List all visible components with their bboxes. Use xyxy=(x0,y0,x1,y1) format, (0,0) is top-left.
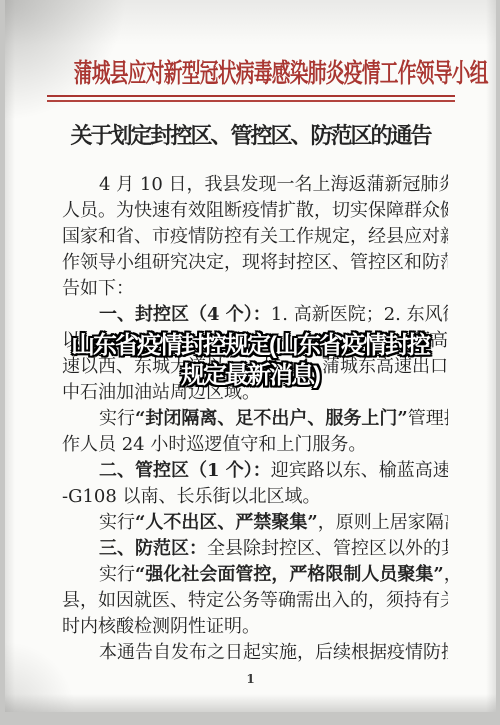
doc-text: 时内核酸检测阴性证明。 xyxy=(62,616,260,637)
doc-text: 实行 xyxy=(99,512,135,533)
doc-line: 作领导小组研究决定，现将封控区、管控区和防范区划定情况通 xyxy=(62,250,448,276)
doc-line: 三、防范区：全县除封控区、管控区以外的其他区域。 xyxy=(62,536,448,562)
screenshot-stage: 蒲城县应对新型冠状病毒感染肺炎疫情工作领导小组 关于划定封控区、管控区、防范区的… xyxy=(0,0,500,725)
doc-line: 二、管控区（1 个）：迎宾路以东、榆蓝高速以西、东风街 xyxy=(62,458,448,484)
doc-line: 县，如因就医、特定公务等确需出入的，须持有关证明和 48 小 xyxy=(62,588,448,614)
doc-line: 作人员 24 小时巡逻值守和上门服务。 xyxy=(62,432,448,458)
doc-text: 告如下： xyxy=(62,278,134,299)
doc-text: 实行 xyxy=(99,564,135,585)
doc-line: 本通告自发布之日起实施，后续根据疫情防控形势变化及时 xyxy=(62,640,448,666)
doc-text: 人员。为快速有效阻断疫情扩散，切实保障群众健康安全，根据 xyxy=(62,200,448,221)
page-number: 1 xyxy=(5,672,496,686)
notice-title: 关于划定封控区、管控区、防范区的通告 xyxy=(5,119,496,150)
doc-line: 时内核酸检测阴性证明。 xyxy=(62,614,448,640)
doc-text: ，非必要不离 xyxy=(444,564,448,585)
doc-text: 1. 高新医院；2. 东风街沿线（迎宾路 xyxy=(271,304,448,325)
doc-text: 迎宾路以东、榆蓝高速以西、东风街 xyxy=(271,460,448,481)
doc-text: -G108 以南、长乐街以北区域。 xyxy=(62,486,321,507)
doc-text: 作人员 24 小时巡逻值守和上门服务。 xyxy=(62,434,366,455)
doc-text: 实行 xyxy=(99,408,135,429)
doc-text: “强化社会面管控，严格限制人员聚集” xyxy=(135,564,444,585)
doc-line: 4 月 10 日，我县发现一名上海返蒲新冠肺炎核酸初筛弱阳性 xyxy=(62,172,448,198)
org-banner-title: 蒲城县应对新型冠状病毒感染肺炎疫情工作领导小组 xyxy=(74,53,428,90)
doc-text: 管理措施。安排工 xyxy=(408,408,448,429)
caption-line-2: 规定最新消息) xyxy=(0,361,500,391)
doc-text: 全县除封控区、管控区以外的其他区域。 xyxy=(207,538,448,559)
doc-line: 实行“强化社会面管控，严格限制人员聚集”，非必要不离 xyxy=(62,562,448,588)
caption-line-1: 山东省疫情封控规定(山东省疫情封控 xyxy=(0,331,500,361)
doc-line: 告如下： xyxy=(62,276,448,302)
doc-text: 作领导小组研究决定，现将封控区、管控区和防范区划定情况通 xyxy=(62,252,448,273)
doc-text: 国家和省、市疫情防控有关工作规定，经县应对新冠肺炎疫情工 xyxy=(62,226,448,247)
document-body: 4 月 10 日，我县发现一名上海返蒲新冠肺炎核酸初筛弱阳性人员。为快速有效阻断… xyxy=(62,172,448,666)
doc-text: “人不出区、严禁聚集” xyxy=(135,512,318,533)
doc-line: 国家和省、市疫情防控有关工作规定，经县应对新冠肺炎疫情工 xyxy=(62,224,448,250)
doc-line: 人员。为快速有效阻断疫情扩散，切实保障群众健康安全，根据 xyxy=(62,198,448,224)
doc-text: 三、防范区： xyxy=(99,538,207,559)
doc-text: 本通告自发布之日起实施，后续根据疫情防控形势变化及时 xyxy=(99,642,448,663)
doc-text: “封闭隔离、足不出户、服务上门” xyxy=(135,408,408,429)
doc-text: 一、封控区（4 个）： xyxy=(99,304,271,325)
doc-text: 县，如因就医、特定公务等确需出入的，须持有关证明和 48 小 xyxy=(62,590,448,611)
doc-line: -G108 以南、长乐街以北区域。 xyxy=(62,484,448,510)
red-double-rule xyxy=(47,95,455,102)
doc-line: 一、封控区（4 个）：1. 高新医院；2. 东风街沿线（迎宾路 xyxy=(62,302,448,328)
doc-text: 4 月 10 日，我县发现一名上海返蒲新冠肺炎核酸初筛弱阳性 xyxy=(99,174,448,195)
doc-line: 实行“人不出区、严禁聚集”，原则上居家隔离。 xyxy=(62,510,448,536)
doc-line: 实行“封闭隔离、足不出户、服务上门”管理措施。安排工 xyxy=(62,406,448,432)
doc-text: 二、管控区（1 个）： xyxy=(99,460,271,481)
doc-text: ，原则上居家隔离。 xyxy=(318,512,448,533)
caption-overlay: 山东省疫情封控规定(山东省疫情封控 规定最新消息) xyxy=(0,331,500,391)
